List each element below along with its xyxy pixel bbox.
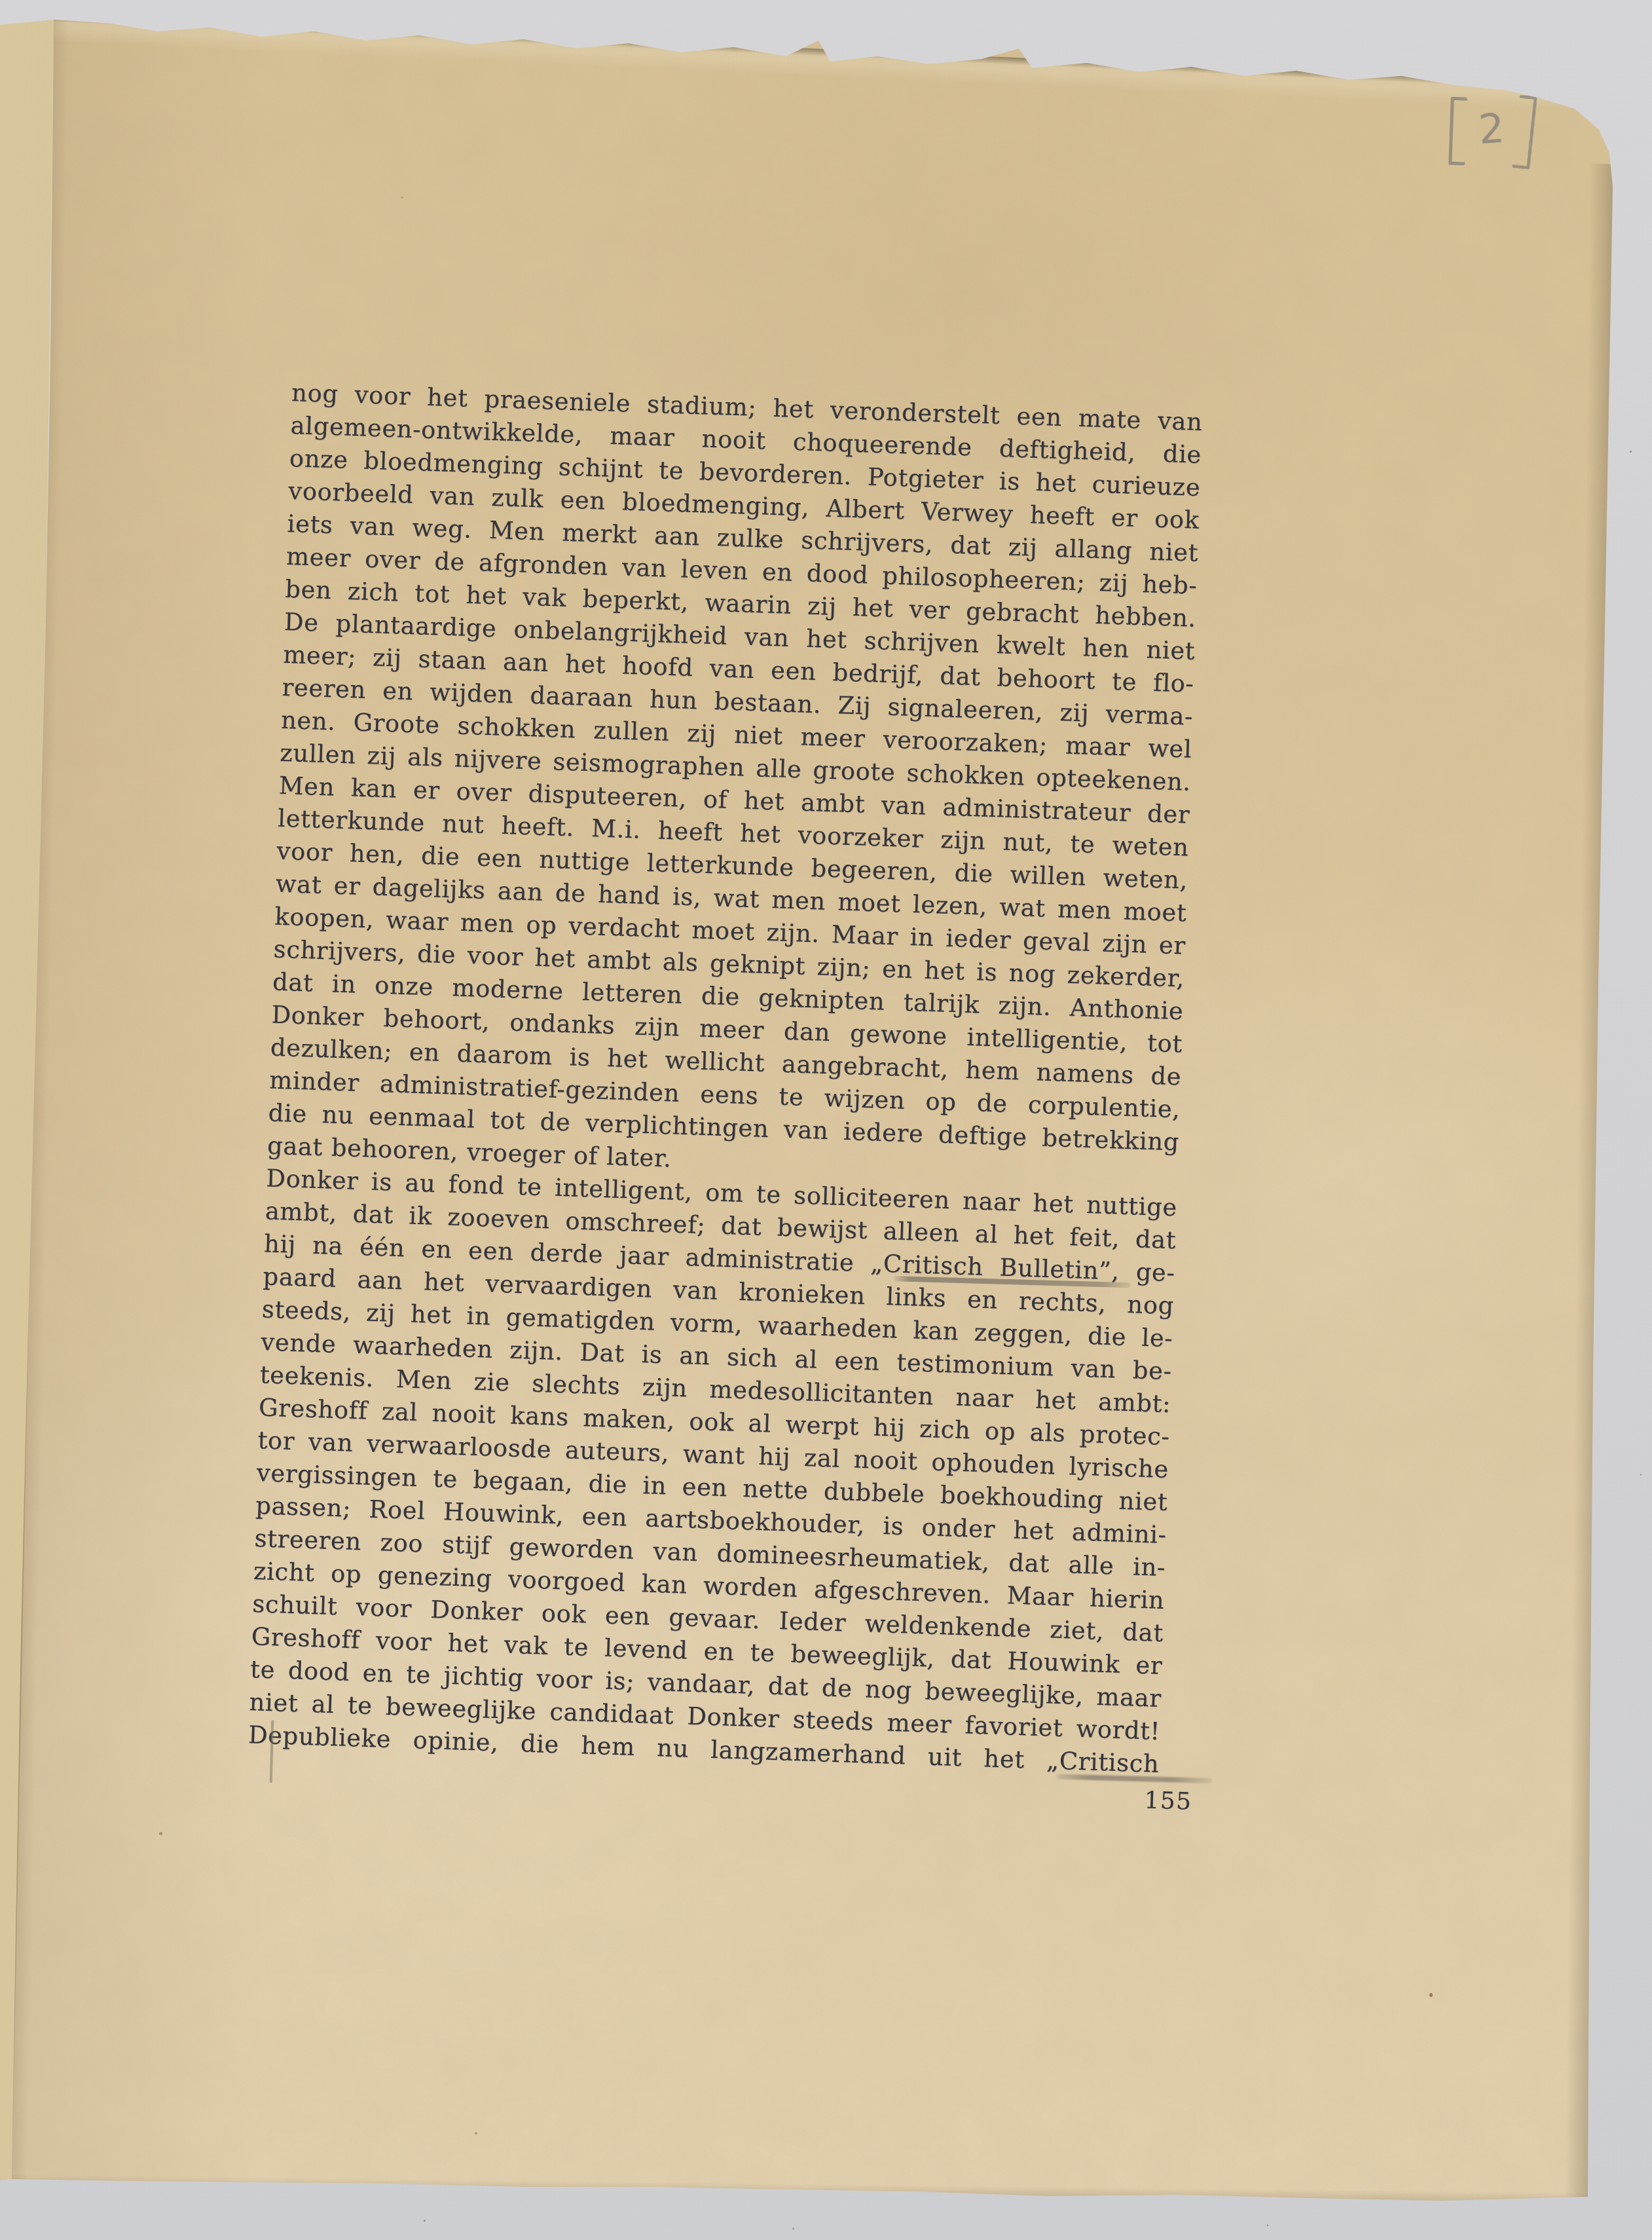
handwritten-page-annotation: 2 — [1448, 93, 1536, 170]
dust-speck — [1267, 2224, 1268, 2226]
dust-speck — [424, 2220, 426, 2222]
dust-speck — [1640, 1474, 1642, 1476]
paper-fleck — [1429, 1993, 1433, 1997]
torn-top-edge-shading — [43, 14, 1652, 114]
scanned-page-image: 2 155 nog voor het praeseniele stadium; … — [0, 0, 1652, 2240]
dust-speck — [1630, 451, 1632, 453]
dust-speck — [792, 2228, 794, 2230]
text-block: 155 nog voor het praeseniele stadium; he… — [248, 377, 1203, 1781]
paper-fleck — [159, 1832, 162, 1835]
right-bracket-pencil-mark — [1512, 95, 1537, 170]
left-bracket-pencil-mark — [1448, 97, 1467, 166]
book-page: 2 155 nog voor het praeseniele stadium; … — [0, 0, 1652, 2240]
paper-fleck — [401, 196, 403, 198]
right-edge-shading — [1565, 164, 1616, 2207]
annotation-number: 2 — [1477, 108, 1506, 151]
bottom-edge-shading — [5, 2175, 1603, 2211]
paper-fleck — [475, 2132, 477, 2135]
page-number: 155 — [1144, 1784, 1193, 1818]
